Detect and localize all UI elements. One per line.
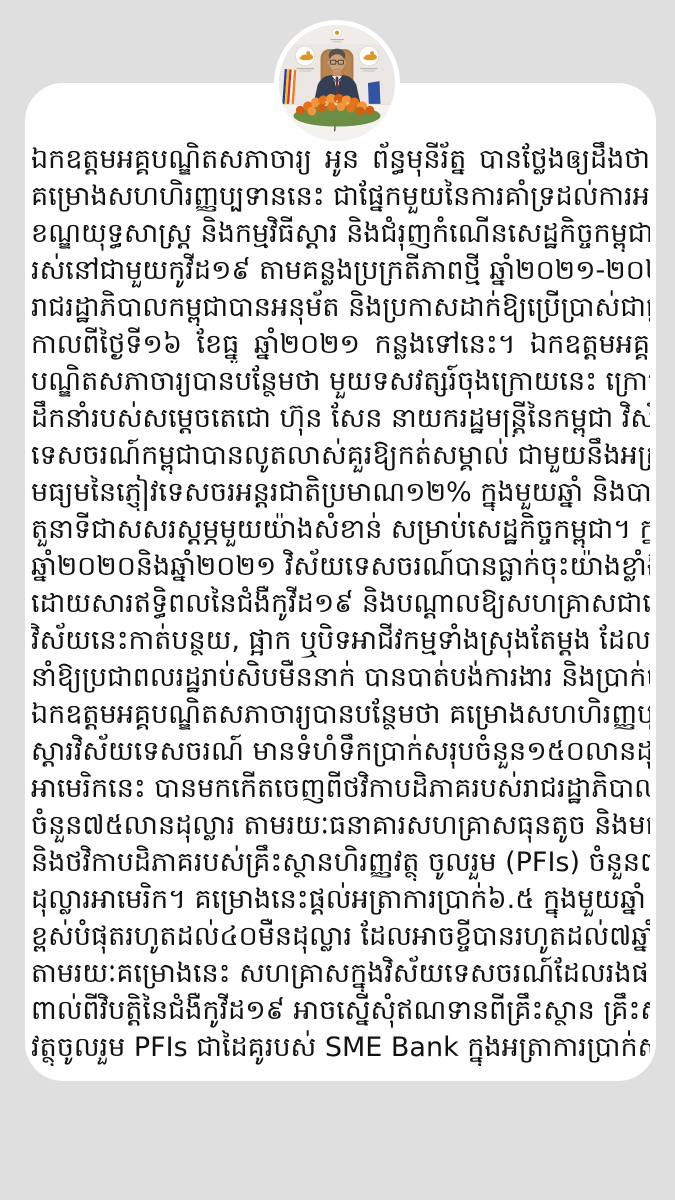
article-line: ឆ្នាំ២០២០និងឆ្នាំ២០២១ វិស័យទេសចរណ៍បានធ្ល… <box>31 548 650 585</box>
article-line: ឯកឧត្តមអគ្គបណ្ឌិតសភាចារ្យ អូន ព័ន្ធមុនីរ… <box>31 141 650 178</box>
post-canvas: ឯកឧត្តមអគ្គបណ្ឌិតសភាចារ្យ អូន ព័ន្ធមុនីរ… <box>0 0 675 1200</box>
article-line: ទេសចរណ៍កម្ពុជាបានលូតលាស់គួរឱ្យកត់សម្គាល់… <box>31 437 650 474</box>
article-line: ស្តារវិស័យទេសចរណ៍ មានទំហំទឹកប្រាក់សរុបចំ… <box>31 733 650 770</box>
official-portrait-photo <box>279 25 395 141</box>
article-line: ឯកឧត្តមអគ្គបណ្ឌិតសភាចារ្យបានបន្ថែមថា គម្… <box>31 696 650 733</box>
article-line: រាជរដ្ឋាភិបាលកម្ពុជាបានអនុម័ត និងប្រកាសដ… <box>31 289 650 326</box>
header-photo <box>274 20 400 146</box>
article-line: និងថវិកាបដិភាគរបស់គ្រឹះស្ថានហិរញ្ញវត្ថុ … <box>31 844 650 881</box>
article-line: ដុល្លារអាមេរិក។ គម្រោងនេះផ្តល់អត្រាការប្… <box>31 881 650 918</box>
side-flag <box>368 81 381 106</box>
article-line: វិស័យនេះកាត់បន្ថយ, ផ្អាក ឬបិទអាជីវកម្មទា… <box>31 622 650 659</box>
article-line: ខណ្ឌយុទ្ធសាស្ត្រ និងកម្មវិធីស្តារ និងជំរ… <box>31 215 650 252</box>
article-line: តាមរយៈគម្រោងនេះ សហគ្រាសក្នុងវិស័យទេសចរណ៍… <box>31 955 650 992</box>
article-line: គម្រោងសហហិរញ្ញប្បទាននេះ ជាផ្នែកមួយនៃការគ… <box>31 178 650 215</box>
article-line: ខ្ពស់បំផុតរហូតដល់៤០មឺនដុល្លារ ដែលអាចខ្ចី… <box>31 918 650 955</box>
article-line: ពាល់ពីវិបត្តិនៃជំងឺកូវីដ១៩ អាចស្នើសុំឥណទ… <box>31 992 650 1029</box>
article-line: នាំឱ្យប្រជាពលរដ្ឋរាប់សិបមឺននាក់ បានបាត់ប… <box>31 659 650 696</box>
article-line: អាមេរិកនេះ បានមកកើតចេញពីថវិកាបដិភាគរបស់រ… <box>31 770 650 807</box>
article-line: មធ្យមនៃភ្ញៀវទេសចរអន្តរជាតិប្រមាណ១២% ក្នុ… <box>31 474 650 511</box>
article-line: រស់នៅជាមួយកូវីដ១៩ តាមគន្លងប្រក្រតីភាពថ្ម… <box>31 252 650 289</box>
article-card: ឯកឧត្តមអគ្គបណ្ឌិតសភាចារ្យ អូន ព័ន្ធមុនីរ… <box>25 83 656 1081</box>
article-line: ចំនួន៧៥លានដុល្លារ តាមរយៈធនាគារសហគ្រាសធុន… <box>31 807 650 844</box>
article-line: ដឹកនាំរបស់សម្តេចតេជោ ហ៊ុន សែន នាយករដ្ឋមន… <box>31 400 650 437</box>
article-line: វត្ថុចូលរួម PFIs ជាដៃគូរបស់ SME Bank ក្ន… <box>31 1029 650 1066</box>
article-line: ដោយសារឥទ្ធិពលនៃជំងឺកូវីដ១៩ និងបណ្តាលឱ្យស… <box>31 585 650 622</box>
article-line: តួនាទីជាសសរស្តម្ភមួយយ៉ាងសំខាន់ សម្រាប់សេ… <box>31 511 650 548</box>
article-line: បណ្ឌិតសភាចារ្យបានបន្ថែមថា មួយទសវត្សរ៍ចុង… <box>31 363 650 400</box>
article-text: ឯកឧត្តមអគ្គបណ្ឌិតសភាចារ្យ អូន ព័ន្ធមុនីរ… <box>31 141 650 1071</box>
article-line: កាលពីថ្ងៃទី១៦ ខែធ្នូ ឆ្នាំ២០២១ កន្លងទៅនេ… <box>31 326 650 363</box>
